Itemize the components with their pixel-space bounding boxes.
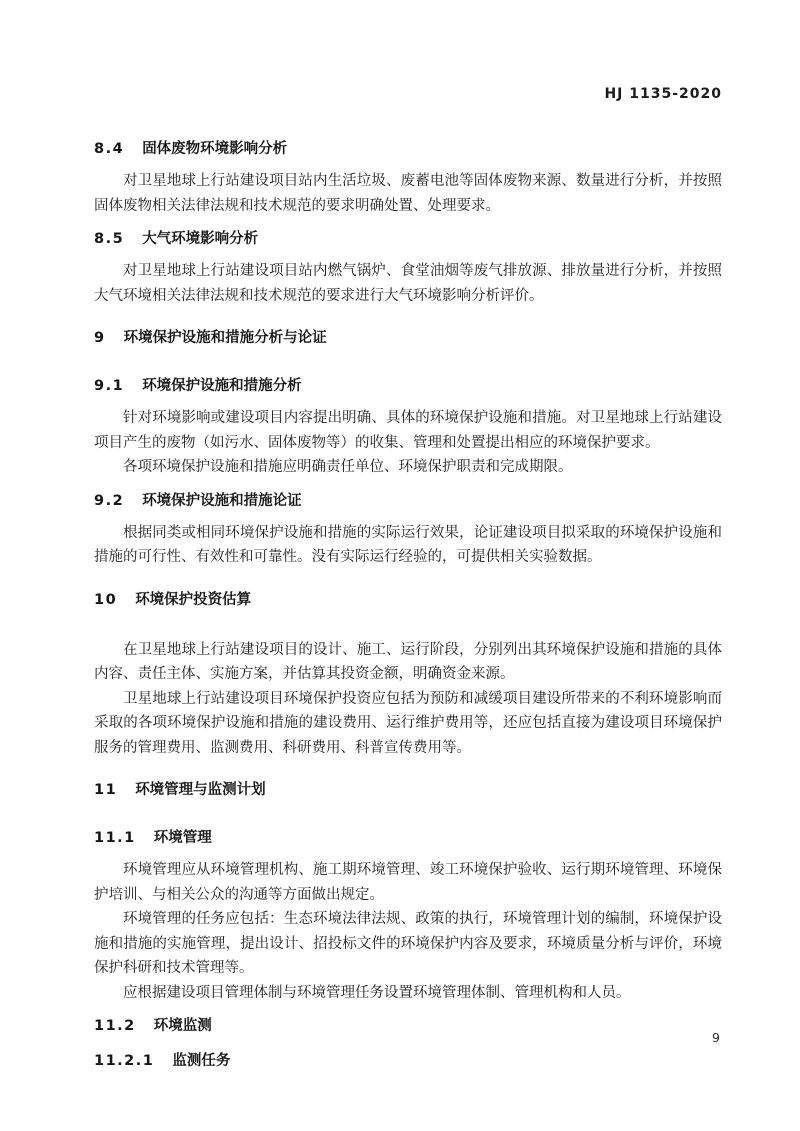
section-number: 9.1	[94, 376, 124, 396]
section-number: 9.2	[94, 491, 124, 511]
section-title: 环境保护设施和措施分析	[142, 378, 302, 394]
section-heading-10: 10环境保护投资估算	[94, 590, 722, 610]
body-paragraph: 各项环境保护设施和措施应明确责任单位、环境保护职责和完成期限。	[94, 455, 722, 480]
body-paragraph: 应根据建设项目管理体制与环境管理任务设置环境管理体制、管理机构和人员。	[94, 981, 722, 1006]
section-title: 环境保护设施和措施论证	[142, 493, 302, 509]
section-number: 9	[94, 328, 106, 348]
page-footer: 9	[712, 1030, 720, 1045]
section-title: 环境监测	[154, 1018, 212, 1034]
body-paragraph: 环境管理应从环境管理机构、施工期环境管理、竣工环境保护验收、运行期环境管理、环境…	[94, 858, 722, 907]
section-heading-9: 9环境保护设施和措施分析与论证	[94, 328, 722, 348]
document-body: 8.4固体废物环境影响分析对卫星地球上行站建设项目站内生活垃圾、废蓄电池等固体废…	[94, 128, 722, 1081]
section-heading-8-4: 8.4固体废物环境影响分析	[94, 139, 722, 159]
body-paragraph: 针对环境影响或建设项目内容提出明确、具体的环境保护设施和措施。对卫星地球上行站建…	[94, 406, 722, 455]
document-page: HJ 1135-2020 8.4固体废物环境影响分析对卫星地球上行站建设项目站内…	[0, 0, 800, 1131]
body-paragraph: 根据同类或相同环境保护设施和措施的实际运行效果，论证建设项目拟采取的环境保护设施…	[94, 521, 722, 570]
section-number: 11.2.1	[94, 1051, 154, 1071]
section-title: 监测任务	[172, 1053, 230, 1069]
section-number: 11.1	[94, 828, 136, 848]
page-header: HJ 1135-2020	[604, 86, 722, 102]
section-number: 8.5	[94, 229, 124, 249]
body-paragraph: 对卫星地球上行站建设项目站内生活垃圾、废蓄电池等固体废物来源、数量进行分析，并按…	[94, 169, 722, 218]
page-number: 9	[712, 1030, 720, 1045]
section-heading-9-2: 9.2环境保护设施和措施论证	[94, 491, 722, 511]
section-heading-11-2: 11.2环境监测	[94, 1016, 722, 1036]
body-paragraph: 环境管理的任务应包括：生态环境法律法规、政策的执行，环境管理计划的编制，环境保护…	[94, 907, 722, 981]
section-heading-9-1: 9.1环境保护设施和措施分析	[94, 376, 722, 396]
section-title: 环境管理	[154, 830, 212, 846]
body-paragraph: 卫星地球上行站建设项目环境保护投资应包括为预防和减缓项目建设所带来的不利环境影响…	[94, 687, 722, 761]
section-heading-8-5: 8.5大气环境影响分析	[94, 229, 722, 249]
body-paragraph: 在卫星地球上行站建设项目的设计、施工、运行阶段，分别列出其环境保护设施和措施的具…	[94, 638, 722, 687]
section-heading-11: 11环境管理与监测计划	[94, 780, 722, 800]
standard-code: HJ 1135-2020	[604, 86, 722, 102]
section-title: 环境保护设施和措施分析与论证	[124, 330, 327, 346]
section-title: 环境保护投资估算	[135, 592, 251, 608]
section-heading-11-1: 11.1环境管理	[94, 828, 722, 848]
body-paragraph: 对卫星地球上行站建设项目站内燃气锅炉、食堂油烟等废气排放源、排放量进行分析，并按…	[94, 259, 722, 308]
section-title: 环境管理与监测计划	[135, 782, 266, 798]
section-heading-11-2-1: 11.2.1监测任务	[94, 1051, 722, 1071]
section-number: 11.2	[94, 1016, 136, 1036]
section-number: 11	[94, 780, 117, 800]
section-number: 10	[94, 590, 117, 610]
section-number: 8.4	[94, 139, 124, 159]
section-title: 大气环境影响分析	[142, 231, 258, 247]
section-title: 固体废物环境影响分析	[142, 141, 287, 157]
